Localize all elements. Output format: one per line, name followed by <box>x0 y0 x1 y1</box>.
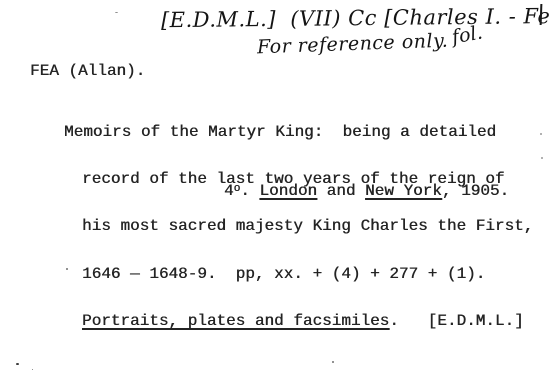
scan-speck <box>66 268 68 270</box>
entry-line-4: 1646 — 1648-9. pp, xx. + (4) + 277 + (1)… <box>82 267 533 283</box>
scan-speck <box>332 361 334 363</box>
imprint-sep-1: . <box>240 182 259 200</box>
handwritten-format-note: fol. <box>451 23 484 47</box>
handwritten-reference-note: For reference only. <box>257 32 449 58</box>
imprint-year: , 1905. <box>442 182 509 200</box>
entry-line-5: Portraits, plates and facsimiles. [E.D.M… <box>82 314 533 330</box>
imprint-place-new-york: New York <box>365 182 442 200</box>
scan-speck <box>32 369 33 370</box>
catalog-card: [E.D.M.L.] (VII) Cc [Charles I. - Fea.] … <box>0 0 550 374</box>
entry-line-5-separator: . <box>389 312 427 330</box>
handwritten-classmark: [E.D.M.L.] (VII) Cc [Charles I. - Fea.] <box>161 6 550 31</box>
format-superscript: o <box>234 183 241 195</box>
imprint-sep-2: and <box>317 182 365 200</box>
entry-line-5-library-mark: [E.D.M.L.] <box>428 312 524 330</box>
imprint-line: 4o. London and New York, 1905. <box>224 182 509 200</box>
scan-speck <box>115 12 118 13</box>
entry-line-3: his most sacred majesty King Charles the… <box>82 219 533 235</box>
entry-line-1: Memoirs of the Martyr King: being a deta… <box>64 125 533 141</box>
format-number: 4 <box>224 182 234 200</box>
scan-speck <box>540 133 542 135</box>
author-heading: FEA (Allan). <box>30 62 145 80</box>
scan-speck <box>541 157 543 159</box>
imprint-place-london: London <box>259 182 317 200</box>
entry-line-5-underlined: Portraits, plates and facsimiles <box>82 312 389 330</box>
entry-paragraph: Memoirs of the Martyr King: being a deta… <box>64 93 533 362</box>
scan-speck <box>16 363 19 365</box>
